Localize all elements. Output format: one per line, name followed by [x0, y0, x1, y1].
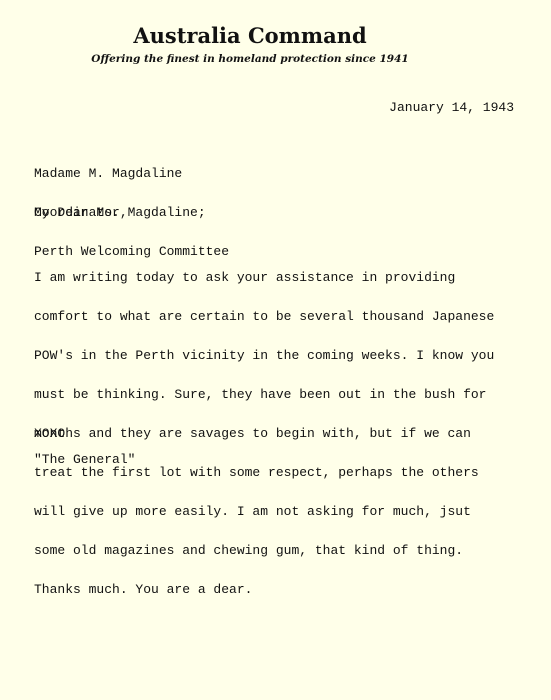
body-line: I am writing today to ask your assistanc… — [34, 271, 494, 284]
recipient-name: Madame M. Magdaline — [34, 167, 229, 180]
body-line: Thanks much. You are a dear. — [34, 583, 494, 596]
body-line: treat the first lot with some respect, p… — [34, 466, 494, 479]
letter-body: I am writing today to ask your assistanc… — [34, 245, 494, 609]
body-line: must be thinking. Sure, they have been o… — [34, 388, 494, 401]
closing: XOXO — [34, 427, 65, 440]
letter-date: January 14, 1943 — [389, 101, 514, 114]
organization-tagline: Offering the finest in homeland protecti… — [0, 51, 500, 67]
body-line: comfort to what are certain to be severa… — [34, 310, 494, 323]
organization-name: Australia Command — [0, 22, 500, 50]
body-line: POW's in the Perth vicinity in the comin… — [34, 349, 494, 362]
body-line: some old magazines and chewing gum, that… — [34, 544, 494, 557]
signature: "The General" — [34, 453, 135, 466]
body-line: months and they are savages to begin wit… — [34, 427, 494, 440]
salutation: My Dear Ms. Magdaline; — [34, 206, 206, 219]
letterhead: Australia Command Offering the finest in… — [0, 22, 500, 67]
body-line: will give up more easily. I am not askin… — [34, 505, 494, 518]
